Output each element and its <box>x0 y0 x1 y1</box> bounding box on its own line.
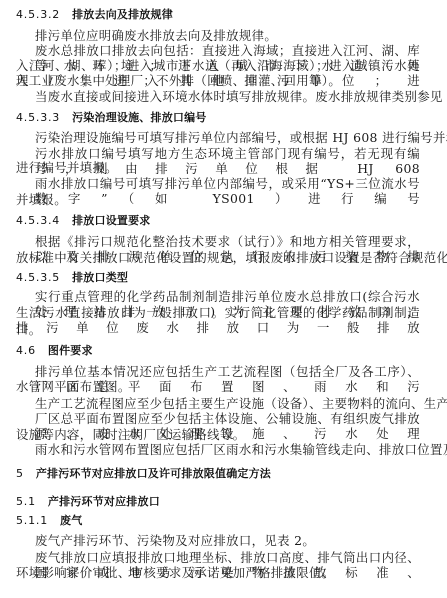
paragraph-line: 雨水和污水管网布置图应包括厂区雨水和污水集输管线走向、排放口位置及排放去向等内容… <box>35 442 420 457</box>
paragraph-line: 进行编号并填报。 <box>16 160 420 175</box>
section-number: 5 <box>16 466 24 481</box>
section-heading-4-5-3-2: 4.5.3.2排放去向及排放规律 <box>16 7 420 22</box>
section-title: 污染治理设施、排放口编号 <box>72 111 206 124</box>
section-number: 4.5.3.3 <box>16 110 60 125</box>
paragraph-line: 废气产排污环节、污染物及对应排放口，见表 2。 <box>35 533 420 548</box>
section-title: 排放口类型 <box>72 271 128 284</box>
paragraph-line: 放标准中有关排放口规范化设置的规定，填报废水排放口设置是否符合规范化要求。 <box>16 250 420 265</box>
paragraph-line: 口。 <box>16 322 420 337</box>
section-number: 4.5.3.4 <box>16 213 60 228</box>
paragraph-line: 排污单位应明确废水排放去向及排放规律。 <box>35 28 420 43</box>
section-heading-4-5-3-3: 4.5.3.3污染治理设施、排放口编号 <box>16 110 420 125</box>
section-heading-4-6: 4.6图件要求 <box>16 343 420 358</box>
paragraph-line: 水管网平面布置图。 <box>16 379 420 394</box>
paragraph-line: 环境影响评价审批、审核要求及承诺更加严格排放限值。 <box>16 565 420 580</box>
section-title: 排放去向及排放规律 <box>72 8 173 21</box>
document-page: 4.5.3.2排放去向及排放规律 排污单位应明确废水排放去向及排放规律。 废水总… <box>0 0 447 598</box>
paragraph-line: 当废水直接或间接进入环境水体时填写排放规律。废水排放规律类别参见 HJ 521。 <box>35 89 420 104</box>
section-heading-5-1: 5.1产排污环节对应排放口 <box>16 494 420 509</box>
section-heading-5: 5产排污环节对应排放口及许可排放限值确定方法 <box>16 466 420 481</box>
section-title: 图件要求 <box>48 344 93 357</box>
paragraph-line: 污染治理设施编号可填写排污单位内部编号，或根据 HJ 608 进行编号并填报。 <box>35 130 420 145</box>
section-heading-4-5-3-5: 4.5.3.5排放口类型 <box>16 270 420 285</box>
section-heading-4-5-3-4: 4.5.3.4排放口设置要求 <box>16 213 420 228</box>
paragraph-line: 生产工艺流程图应至少包括主要生产设施（设备）、主要物料的流向、生产工艺流程等内容… <box>35 396 420 411</box>
section-number: 5.1 <box>16 494 36 509</box>
section-number: 4.6 <box>16 343 36 358</box>
section-title: 废气 <box>60 514 82 527</box>
section-heading-5-1-1: 5.1.1废气 <box>16 513 420 528</box>
section-title: 产排污环节对应排放口 <box>48 495 160 508</box>
section-title: 产排污环节对应排放口及许可排放限值确定方法 <box>36 467 271 480</box>
paragraph-line: 设施等内容，同时注明厂区运输路线等。 <box>16 427 420 442</box>
section-number: 5.1.1 <box>16 513 48 528</box>
section-number: 4.5.3.5 <box>16 270 60 285</box>
paragraph-line: 入工业废水集中处理厂；不外排（回喷、回灌、回用等）。 <box>16 73 420 88</box>
section-title: 排放口设置要求 <box>72 214 150 227</box>
paragraph-line: 并填报。 <box>16 192 420 207</box>
section-number: 4.5.3.2 <box>16 7 60 22</box>
